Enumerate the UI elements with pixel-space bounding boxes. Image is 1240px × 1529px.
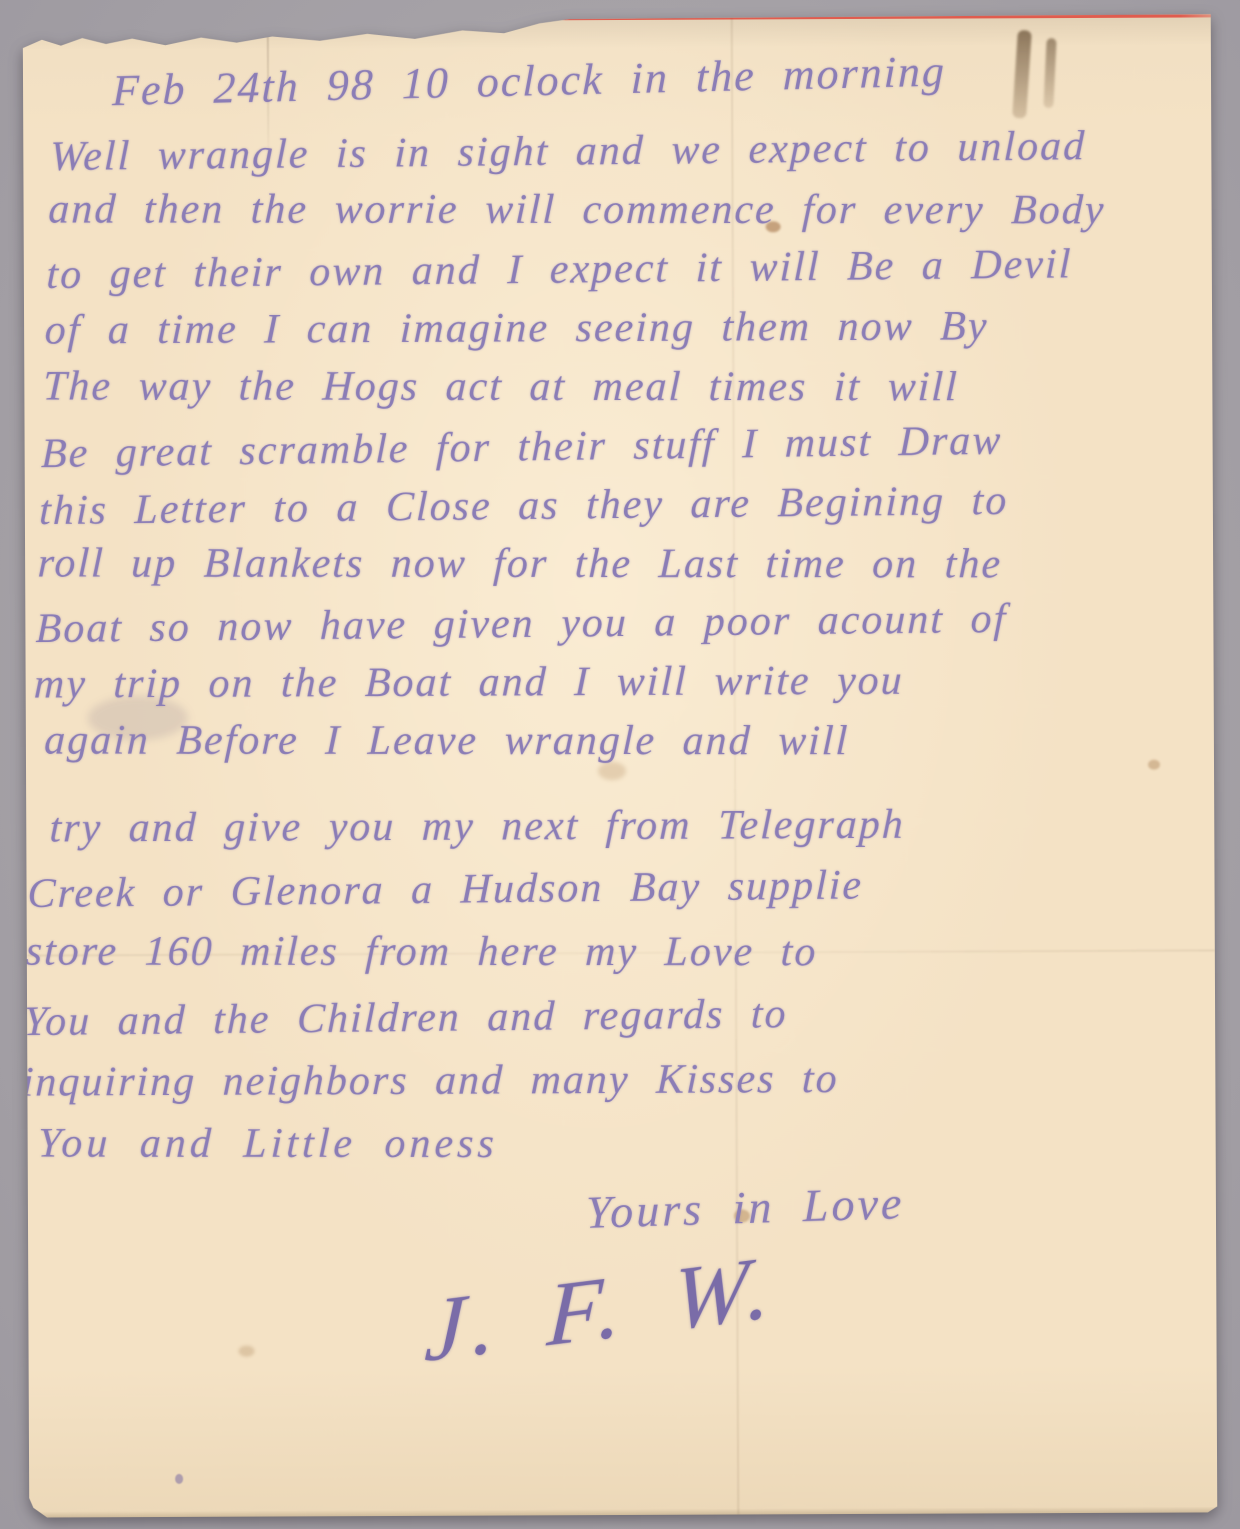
letter-line: of a time I can imagine seeing them now … <box>44 296 1206 360</box>
letter-line: You and Little oness <box>19 1112 1181 1177</box>
ink-spot <box>175 1474 183 1484</box>
letter-paper: Feb 24th 98 10 oclock in the morning Wel… <box>23 11 1218 1517</box>
letter-line: this Letter to a Close as they are Begin… <box>39 470 1201 541</box>
letter-line: again Before I Leave wrangle and will <box>31 712 1193 772</box>
letter-line: You and the Children and regards to <box>23 978 1185 1054</box>
letter-line: roll up Blankets now for the Last time o… <box>37 534 1199 594</box>
letter-line: inquiring neighbors and many Kisses to <box>21 1046 1183 1115</box>
letter-line: to get their own and I expect it will Be… <box>46 234 1208 305</box>
photo-backdrop: Feb 24th 98 10 oclock in the morning Wel… <box>0 0 1240 1529</box>
letter-line: Creek or Glenora a Hudson Bay supplie <box>27 850 1189 926</box>
letter-line: store 160 miles from here my Love to <box>25 920 1187 985</box>
letter-body: Feb 24th 98 10 oclock in the morning Wel… <box>14 45 1213 1338</box>
letter-line: Well wrangle is in sight and we expect t… <box>49 116 1211 187</box>
letter-line: try and give you my next from Telegraph <box>29 795 1191 859</box>
letter-line: Boat so now have given you a poor acount… <box>35 588 1197 659</box>
letter-line: and then the worrie will commence for ev… <box>47 180 1209 240</box>
red-edge-stripe <box>450 14 1210 20</box>
paper-surface: Feb 24th 98 10 oclock in the morning Wel… <box>23 11 1218 1517</box>
letter-line: my trip on the Boat and I will write you <box>33 650 1195 714</box>
letter-line: The way the Hogs act at meal times it wi… <box>42 357 1204 417</box>
stain <box>239 1346 255 1357</box>
